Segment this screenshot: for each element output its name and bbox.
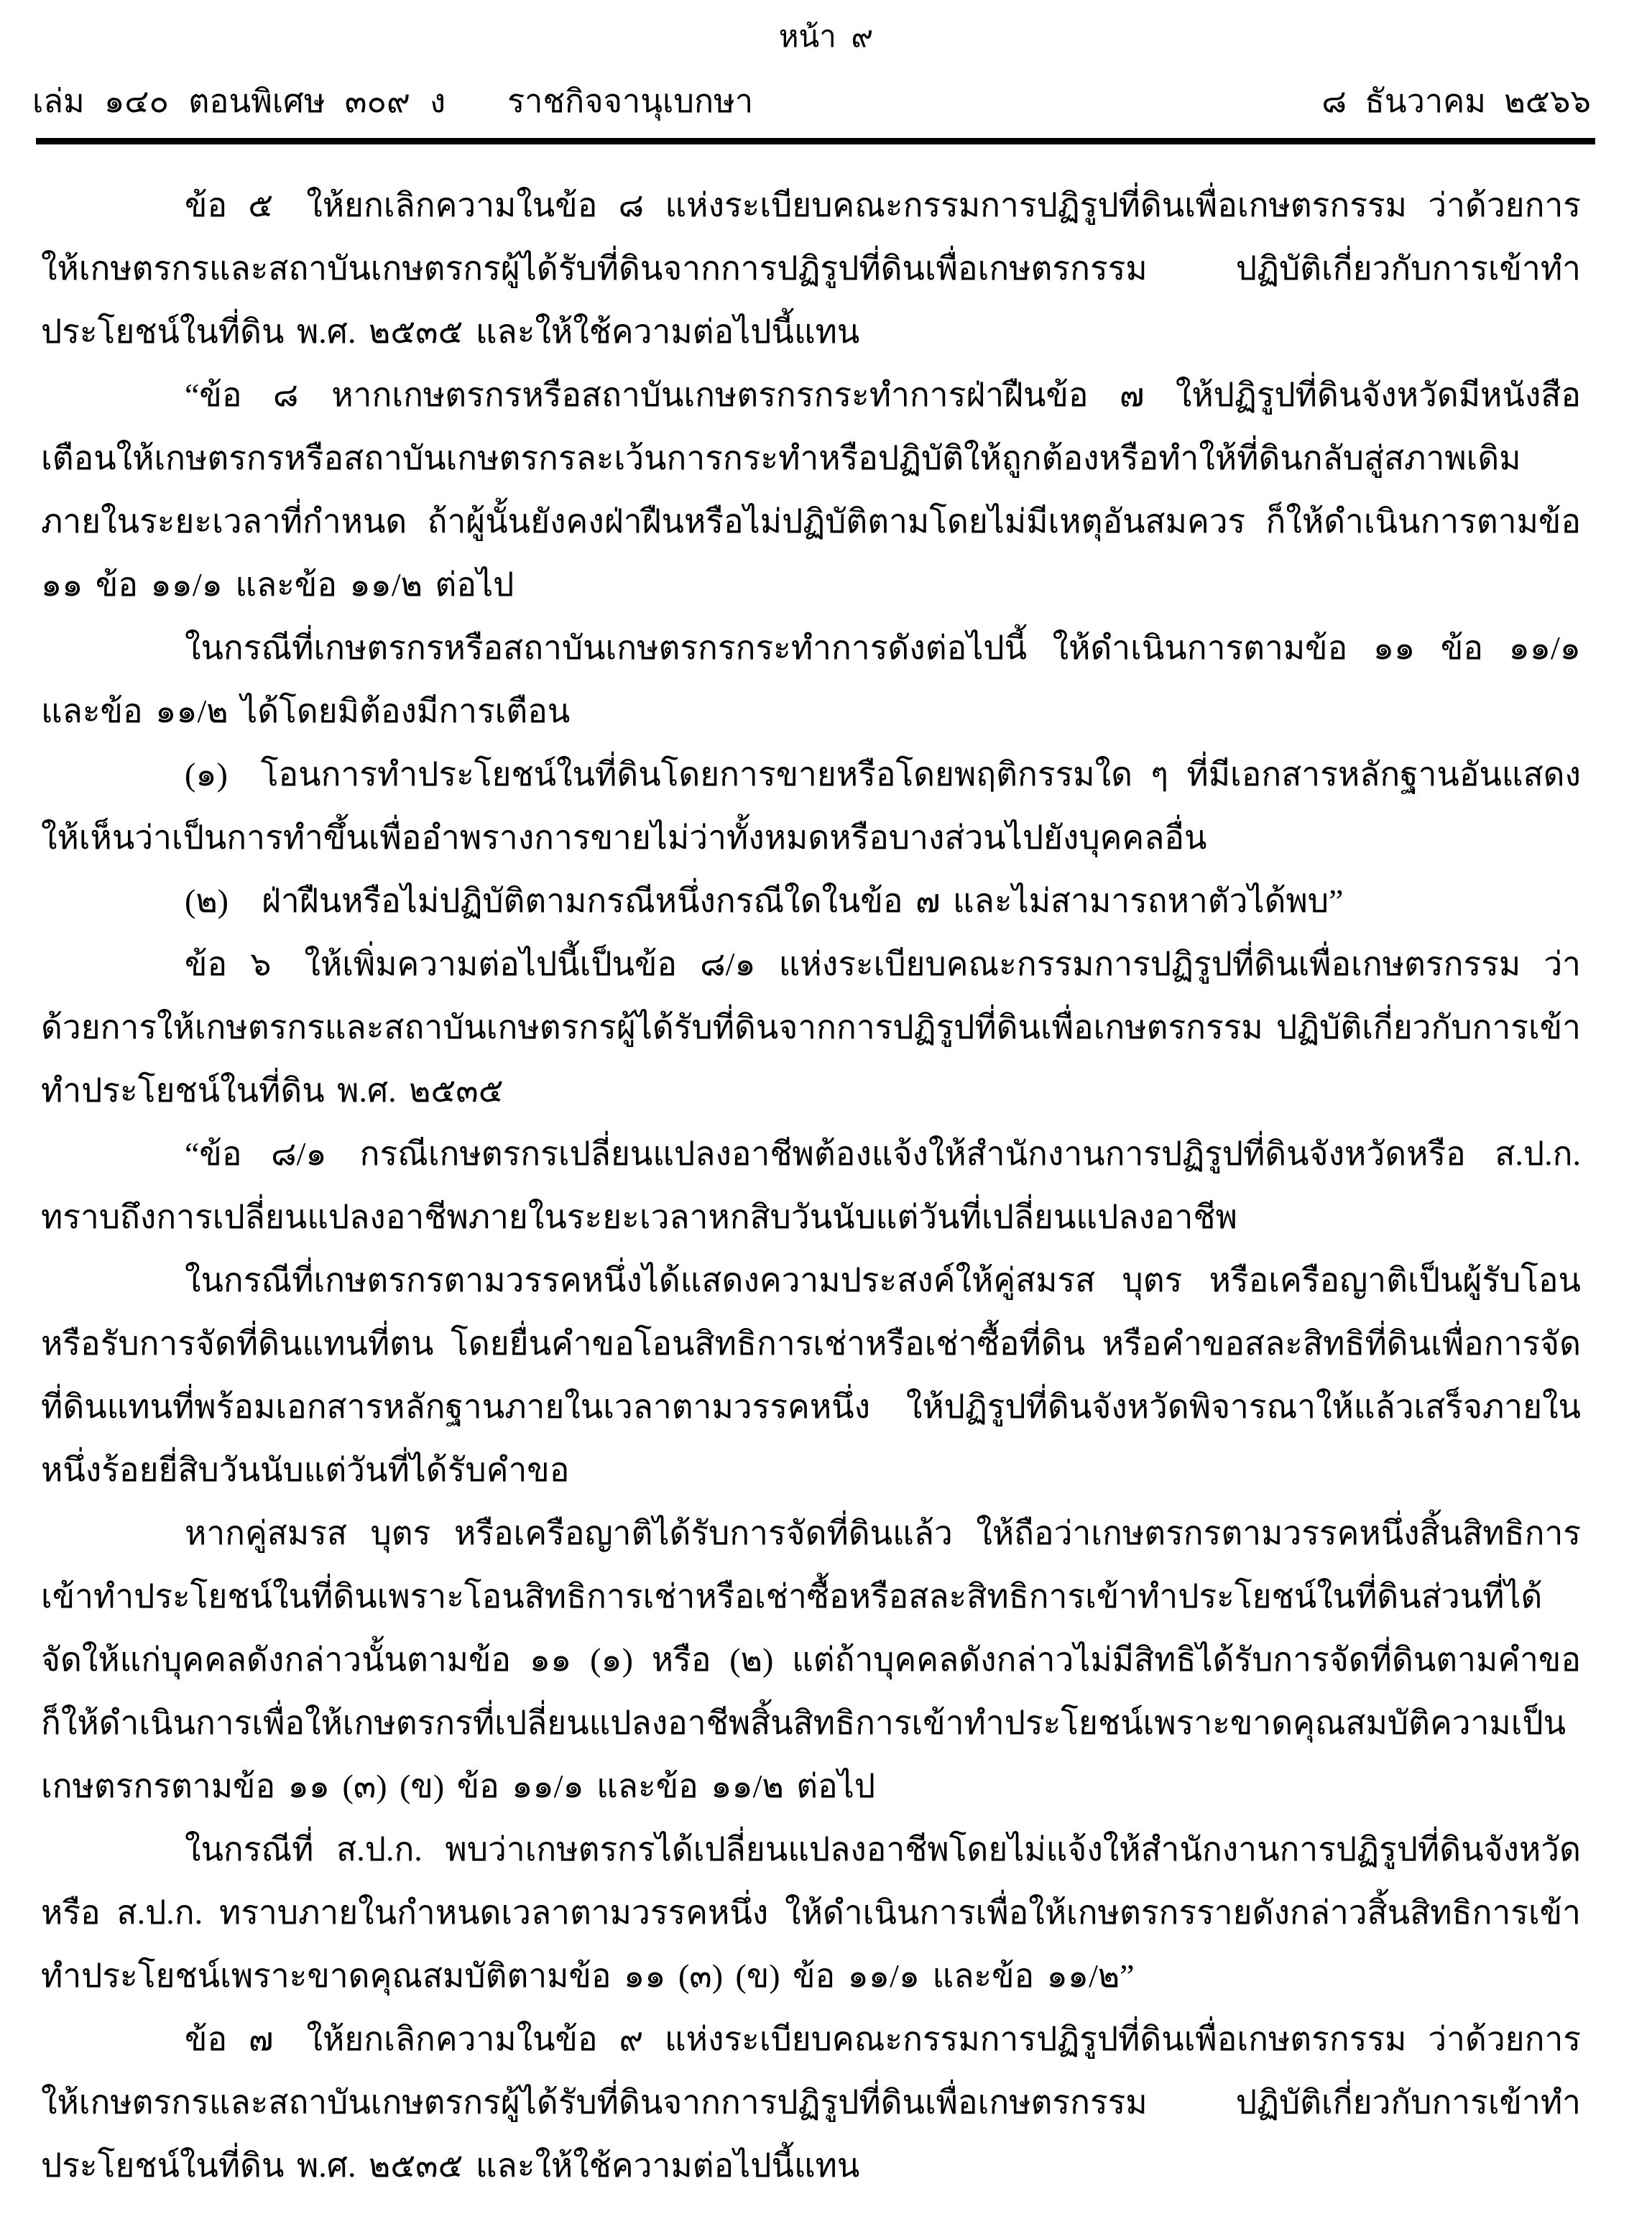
clause-7-paragraph: ข้อ ๗ ให้ยกเลิกความในข้อ ๙ แห่งระเบียบคณ… <box>41 2008 1581 2197</box>
clause-6-paragraph: ข้อ ๖ ให้เพิ่มความต่อไปนี้เป็นข้อ ๘/๑ แห… <box>41 933 1581 1122</box>
document-body: ข้อ ๕ ให้ยกเลิกความในข้อ ๘ แห่งระเบียบคณ… <box>0 174 1652 2197</box>
volume-issue-label: เล่ม ๑๔๐ ตอนพิเศษ ๓๐๙ ง <box>32 76 446 126</box>
clause-8-1-second-paragraph: ในกรณีที่เกษตรกรตามวรรคหนึ่งได้แสดงความป… <box>41 1249 1581 1502</box>
clause-8-1-fourth-paragraph: ในกรณีที่ ส.ป.ก. พบว่าเกษตรกรได้เปลี่ยนแ… <box>41 1818 1581 2008</box>
clause-8-second-paragraph: ในกรณีที่เกษตรกรหรือสถาบันเกษตรกรกระทำกา… <box>41 617 1581 743</box>
gazette-page: หน้า ๙ เล่ม ๑๔๐ ตอนพิเศษ ๓๐๙ ง ราชกิจจาน… <box>0 0 1652 2237</box>
gazette-title: ราชกิจจานุเบกษา <box>507 76 753 126</box>
clause-5-paragraph: ข้อ ๕ ให้ยกเลิกความในข้อ ๘ แห่งระเบียบคณ… <box>41 174 1581 364</box>
clause-8-quoted-paragraph: “ข้อ ๘ หากเกษตรกรหรือสถาบันเกษตรกรกระทำก… <box>41 364 1581 617</box>
publication-date: ๘ ธันวาคม ๒๕๖๖ <box>1321 76 1591 126</box>
clause-8-item-2: (๒) ฝ่าฝืนหรือไม่ปฏิบัติตามกรณีหนึ่งกรณี… <box>41 870 1581 933</box>
gazette-header-row: เล่ม ๑๔๐ ตอนพิเศษ ๓๐๙ ง ราชกิจจานุเบกษา … <box>0 76 1652 126</box>
clause-8-1-third-paragraph: หากคู่สมรส บุตร หรือเครือญาติได้รับการจั… <box>41 1502 1581 1818</box>
header-divider-rule <box>36 138 1595 144</box>
clause-8-item-1: (๑) โอนการทำประโยชน์ในที่ดินโดยการขายหรื… <box>41 743 1581 870</box>
clause-8-1-quoted-paragraph: “ข้อ ๘/๑ กรณีเกษตรกรเปลี่ยนแปลงอาชีพต้อง… <box>41 1122 1581 1249</box>
page-number: หน้า ๙ <box>0 16 1652 59</box>
